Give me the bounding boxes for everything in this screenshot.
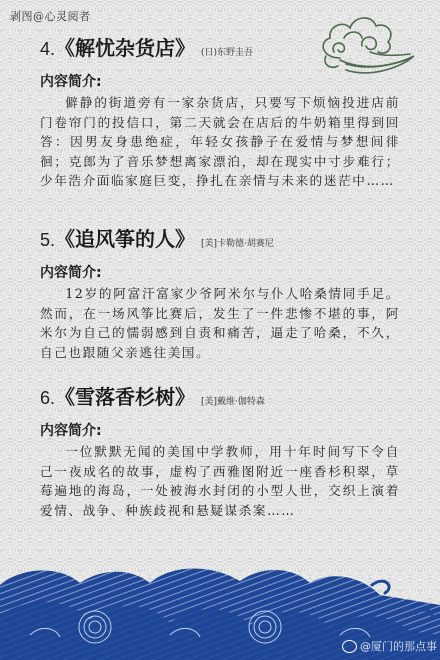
intro-text: 12岁的阿富汗富家少爷阿米尔与仆人哈桑情同手足。然而，在一场风筝比赛后，发生了一… — [40, 284, 400, 362]
book-entry-5: 5. 《追风筝的人》 [美]卡勒德·胡赛尼 内容简介: 12岁的阿富汗富家少爷阿… — [40, 223, 400, 362]
intro-label: 内容简介: — [40, 262, 400, 282]
intro-text: 僻静的街道旁有一家杂货店，只要写下烦恼投进店前门卷帘门的投信口，第二天就会在店后… — [40, 93, 400, 191]
intro-text: 一位默默无闻的美国中学教师，用十年时间写下令自己一夜成名的故事，虚构了西雅图附近… — [40, 442, 400, 520]
weibo-logo-icon — [342, 640, 357, 653]
book-number: 4. — [40, 39, 55, 60]
book-title: 《雪落香杉树》 — [55, 381, 195, 410]
book-author: [美]卡勒德·胡赛尼 — [201, 236, 274, 249]
weibo-watermark-text: @厦门的那点事 — [360, 638, 437, 654]
book-number: 6. — [40, 388, 55, 409]
top-watermark: 剥图@心灵阅者 — [10, 8, 91, 24]
intro-label: 内容简介: — [40, 71, 400, 91]
book-title: 《追风筝的人》 — [55, 223, 195, 252]
book-number: 5. — [40, 230, 55, 251]
book-title-row: 6. 《雪落香杉树》 [美]戴维·伽特森 — [40, 381, 400, 410]
book-entry-6: 6. 《雪落香杉树》 [美]戴维·伽特森 内容简介: 一位默默无闻的美国中学教师… — [40, 381, 400, 520]
intro-label: 内容简介: — [40, 420, 400, 440]
book-title-row: 5. 《追风筝的人》 [美]卡勒德·胡赛尼 — [40, 223, 400, 252]
book-entry-4: 4. 《解忧杂货店》 (日)东野圭吾 内容简介: 僻静的街道旁有一家杂货店，只要… — [40, 32, 400, 191]
book-title: 《解忧杂货店》 — [55, 32, 195, 61]
weibo-watermark: @厦门的那点事 — [342, 638, 437, 654]
book-title-row: 4. 《解忧杂货店》 (日)东野圭吾 — [40, 32, 400, 61]
book-author: (日)东野圭吾 — [201, 45, 253, 58]
book-author: [美]戴维·伽特森 — [201, 394, 265, 407]
